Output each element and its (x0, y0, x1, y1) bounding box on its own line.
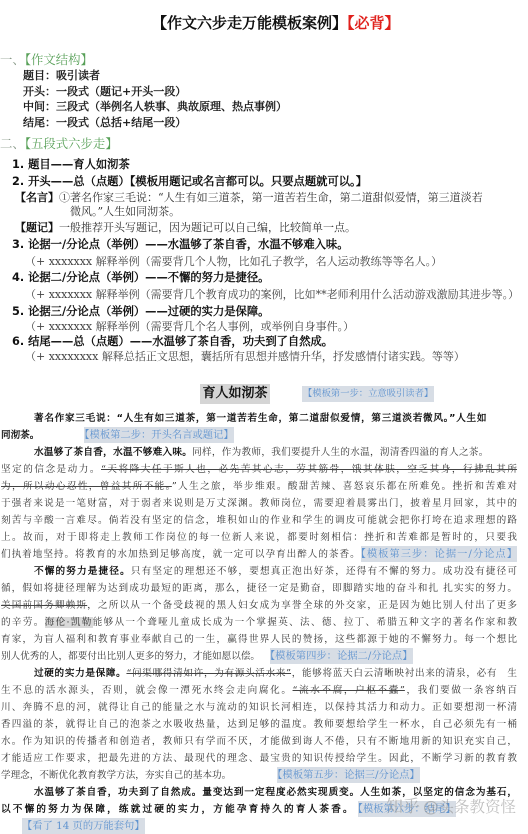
essay-line: 过硬的实力是保障。“问渠哪得清如许，为有源头活水来”，能够将蓝天白云清晰映衬出来… (1, 665, 517, 682)
body-text: ，能够将蓝天白云清晰映衬出来的清泉，必有 生 (291, 668, 517, 679)
body-text: 才能适应工作要求，把最先进的方法、最现代的理念、最宝贵的知识传授给学生。因此，不… (1, 753, 517, 764)
template-step-tag: 【模板第四步：论据二/分论点】 (270, 648, 412, 664)
step-3-argument-one: 3. 论据一/分论点（举例）——水温够了茶自香，水温不够难入味。 (12, 238, 349, 252)
body-text: 育家，为盲人福利和教育事业奉献自己的一生，赢得世界人民的赞扬，这些都源于她的不懈… (1, 634, 517, 645)
strikethrough-text: “流水不腐，户枢不蠹” (293, 685, 405, 696)
template-step-tag: 【模板第五步：论据三/分论点】 (277, 767, 419, 783)
title-emphasis-badge: 【必背】 (347, 14, 400, 32)
body-text: 们执着地坚持。将教育的水加热到足够高度，就一定可以孕育出醉人的茶香。 (1, 549, 361, 560)
section-number: 二、 (0, 136, 25, 151)
step-5-argument-three: 5. 论据三/分论点（举例）——过硬的实力是保障。 (12, 305, 269, 319)
quote-example: 【名言】①著名作家三毛说：“人生有如三道茶，第一道苦若生命，第二道甜似爱情，第三… (15, 191, 483, 205)
step-4-note: （+ xxxxxxx 解释举例（需要背几个教育成功的案例，比如**老师利用什么活… (25, 288, 519, 302)
essay-line: 为，所以动心忍性，曾益其所不能。”人生之旅，举步维艰。酸甜苦辣、喜怒哀乐都在所难… (1, 478, 517, 495)
body-text: ，我们要做一条容纳百 (405, 685, 517, 696)
essay-line: 水温够了茶自香，水温不够难入味。同样，作为教师，我们要提升人生的水温，沏清香四溢… (1, 444, 517, 461)
body-text: 刻苦与辛酸一言难尽。倘若没有坚定的信念，堆积如山的作业和学生的调皮可能就会把你打… (1, 515, 517, 526)
section-heading-structure: 一、【作文结构】 (0, 52, 93, 68)
bold-text: 不懈的努力是捷径。 (34, 566, 131, 577)
essay-line: 别人优秀的人，都要付出比别人更多的努力，才能如愿以偿。【模板第四步：论据二/分论… (1, 648, 517, 665)
step-6-note: （+ xxxxxxxx 解释总括正文思想，囊括所有思想并感情升华，抒发感情付诸实… (25, 350, 465, 364)
bold-text: 著名作家三毛说：“人生有如三道茶，第一道苦若生命，第二道甜似爱情，第三道淡若微风… (34, 413, 487, 424)
inscription-label: 【题记】 (15, 221, 59, 234)
essay-line: 美国前国务卿赖斯，之所以从一个备受歧视的黑人妇女成为享誉全球的外交家，正是因为她… (1, 597, 517, 614)
quote-text-continued: 微风。”人生如同沏茶。 (70, 205, 180, 219)
essay-line: 同沏茶。【模板第二步：开头名言或题记】 (1, 427, 517, 444)
step-5-note: （+ xxxxxxx 解释举例（需要背几个名人事例，或举例自身事件。） (25, 320, 354, 334)
essay-line: 才能适应工作要求，把最先进的方法、最现代的理念、最宝贵的知识传授给学生。因此，不… (1, 750, 517, 767)
essay-line: 刻苦与辛酸一言难尽。倘若没有坚定的信念，堆积如山的作业和学生的调皮可能就会把你打… (1, 512, 517, 529)
structure-item-title: 题目：吸引读者 (23, 69, 100, 83)
quote-label: 【名言】 (15, 191, 59, 204)
step-1-title: 1. 题目——育人如沏茶 (12, 158, 130, 172)
essay-line: 【看了 14 页的万能套句】 (1, 818, 517, 834)
body-text: 别人优秀的人，都要付出比别人更多的努力，才能如愿以偿。 (1, 651, 260, 662)
essay-line: 上。故而，对于即将走上教师工作岗位的每一位新人来说，都要时刻相信：挫折和苦难都是… (1, 529, 517, 546)
inscription-text: 一般推荐开头写题记，因为题记可以自己编，比较简单一点。 (59, 221, 356, 234)
essay-title: 育人如沏茶 (200, 384, 270, 404)
essay-line: 坚定的信念是动力。“天将降大任于斯人也，必先苦其心志，劳其筋骨，饿其体肤，空乏其… (1, 461, 517, 478)
bold-text: 以不懈的努力为保障，练就过硬的实力，方能孕育持久的育人茶香。 (1, 804, 355, 815)
template-step-tag: 【模板第三步：论据一/分论点】 (361, 546, 517, 562)
structure-item-opening: 开头：一段式（题记+开头一段） (23, 85, 186, 99)
body-text: 能够从一个聋哑儿童成长成为一个掌握英、法、德、拉丁、希腊五种文字的著名作家和教 (93, 617, 517, 628)
body-text: ，之所以从一个备受歧视的黑人妇女成为享誉全球的外交家，正是因为她比别人付出了更多 (87, 600, 517, 611)
essay-line: 著名作家三毛说：“人生有如三道茶，第一道苦若生命，第二道甜似爱情，第三道淡若微风… (1, 410, 517, 427)
essay-line: 学理念，不断优化教育教学方法，夯实自己的基本功。【模板第五步：论据三/分论点】 (1, 767, 517, 784)
essay-line: 于强者来说是一笔财富，对于弱者来说则是万丈深渊。教师岗位，需要迎着晨雾出门，披着… (1, 495, 517, 512)
body-text: ”人生之旅，举步维艰。酸甜苦辣、喜怒哀乐都在所难免。挫折和苦难对 (172, 481, 517, 492)
body-text: 坚定的信念是动力。 (1, 464, 101, 475)
watermark-handle: @头条教资怪 (423, 798, 516, 816)
strikethrough-text: “天将降大任于斯人也，必先苦其心志，劳其筋骨，饿其体肤，空乏其身，行拂乱其所 (101, 464, 517, 475)
document-title: 【作文六步走万能模板案例】【必背】 (152, 13, 400, 33)
step-4-argument-two: 4. 论据二/分论点（举例）——不懈的努力是捷径。 (12, 271, 269, 285)
watermark-brand: 知乎 (386, 797, 420, 817)
body-text: 循，假如将捷径理解为达到成功最短的距离，那么，捷径一定是勤奋，即脚踏实地的奋斗和… (1, 583, 517, 594)
body-text: 香四溢的茶，就得让自己的泡茶之水吸收热量，达到足够的温度。教师要想给学生一杯水，… (1, 719, 517, 730)
essay-body: 著名作家三毛说：“人生有如三道茶，第一道苦若生命，第二道甜似爱情，第三道淡若微风… (1, 410, 517, 834)
body-text: 的辛劳。 (1, 617, 45, 628)
body-text: 川、奔腾不息的河，就得让自己的能量之水与流动的知识长河相连，以保持其活力和动力。… (1, 702, 517, 713)
essay-line: 的辛劳。海伦·凯勒能够从一个聋哑儿童成长成为一个掌握英、法、德、拉丁、希腊五种文… (1, 614, 517, 631)
body-text: 只有坚定的理想还不够，要想真正泡出好茶，还得有不懈的努力。成功没有捷径可 (131, 566, 517, 577)
body-text: 于强者来说是一笔财富，对于弱者来说则是万丈深渊。教师岗位，需要迎着晨雾出门，披着… (1, 498, 517, 509)
highlighted-name: 海伦·凯勒 (45, 617, 93, 628)
step-2-opening: 2. 开头——总（点题）【模板用题记或名言都可以。只要点题就可以。】 (12, 175, 367, 189)
bold-text: 过硬的实力是保障。 (34, 668, 126, 679)
template-step-tag: 【模板第二步：开头名言或题记】 (84, 427, 233, 443)
section-number: 一、 (0, 52, 25, 67)
strikethrough-text: “问渠哪得清如许，为有源头活水来” (126, 668, 291, 679)
body-text: 生不息的活水源头，否则，就会像一潭死水终会走向腐化。 (1, 685, 293, 696)
step-6-ending: 6. 结尾——总（点题）——水温够了茶自香，功夫到了自然成。 (12, 335, 333, 349)
essay-line: 们执着地坚持。将教育的水加热到足够高度，就一定可以孕育出醉人的茶香。【模板第三步… (1, 546, 517, 563)
quote-text: ①著名作家三毛说：“人生有如三道茶，第一道苦若生命，第二道甜似爱情，第三道淡若 (59, 191, 483, 204)
essay-line: 不懈的努力是捷径。只有坚定的理想还不够，要想真正泡出好茶，还得有不懈的努力。成功… (1, 563, 517, 580)
essay-line: 水。作为知识的传播者和创造者，教师只有学而不厌，才能做到诲人不倦，只有不断地用新… (1, 733, 517, 750)
structure-item-body: 中间：三段式（举例名人轶事、典故原理、热点事例） (23, 100, 287, 114)
template-step-tag: 【模板第一步：立意吸引读者】 (302, 386, 434, 402)
essay-line: 生不息的活水源头，否则，就会像一潭死水终会走向腐化。“流水不腐，户枢不蠹”，我们… (1, 682, 517, 699)
essay-line: 香四溢的茶，就得让自己的泡茶之水吸收热量，达到足够的温度。教师要想给学生一杯水，… (1, 716, 517, 733)
strikethrough-text: 为，所以动心忍性，曾益其所不能。 (1, 481, 172, 492)
body-text: 学理念，不断优化教育教学方法，夯实自己的基本功。 (1, 770, 231, 781)
structure-item-ending: 结尾：一段式（总括+结尾一段） (23, 116, 186, 130)
section-title: 【作文结构】 (25, 52, 93, 67)
section-heading-steps: 二、【五段式六步走】 (0, 136, 118, 152)
step-3-note: （+ xxxxxxx 解释举例（需要背几个人物，比如孔子教学，名人运动教练等等名… (25, 255, 442, 269)
template-tips-tag: 【看了 14 页的万能套句】 (22, 818, 145, 834)
strikethrough-text: 美国前国务卿赖斯 (1, 600, 87, 611)
watermark: 知乎@头条教资怪 (386, 797, 516, 817)
bold-text: 水温够了茶自香，水温不够难入味。 (34, 447, 192, 458)
body-text: 同样，作为教师，我们要提升人生的水温，沏清香四溢的育人之茶。 (192, 447, 489, 458)
body-text: 水。作为知识的传播者和创造者，教师只有学而不厌，才能做到诲人不倦，只有不断地用新… (1, 736, 517, 747)
bold-text: 水温够了茶自香，功夫到了自然成。量变达到一定程度必然实现质变。人生如茶，以坚定的… (34, 787, 517, 798)
section-title: 【五段式六步走】 (25, 136, 118, 151)
body-text: 上。故而，对于即将走上教师工作岗位的每一位新人来说，都要时刻相信：挫折和苦难都是… (1, 532, 517, 543)
essay-line: 育家，为盲人福利和教育事业奉献自己的一生，赢得世界人民的赞扬，这些都源于她的不懈… (1, 631, 517, 648)
essay-line: 川、奔腾不息的河，就得让自己的能量之水与流动的知识长河相连，以保持其活力和动力。… (1, 699, 517, 716)
inscription-example: 【题记】一般推荐开头写题记，因为题记可以自己编，比较简单一点。 (15, 221, 356, 235)
essay-line: 循，假如将捷径理解为达到成功最短的距离，那么，捷径一定是勤奋，即脚踏实地的奋斗和… (1, 580, 517, 597)
title-main: 【作文六步走万能模板案例】 (152, 14, 347, 32)
bold-text: 同沏茶。 (1, 430, 39, 441)
